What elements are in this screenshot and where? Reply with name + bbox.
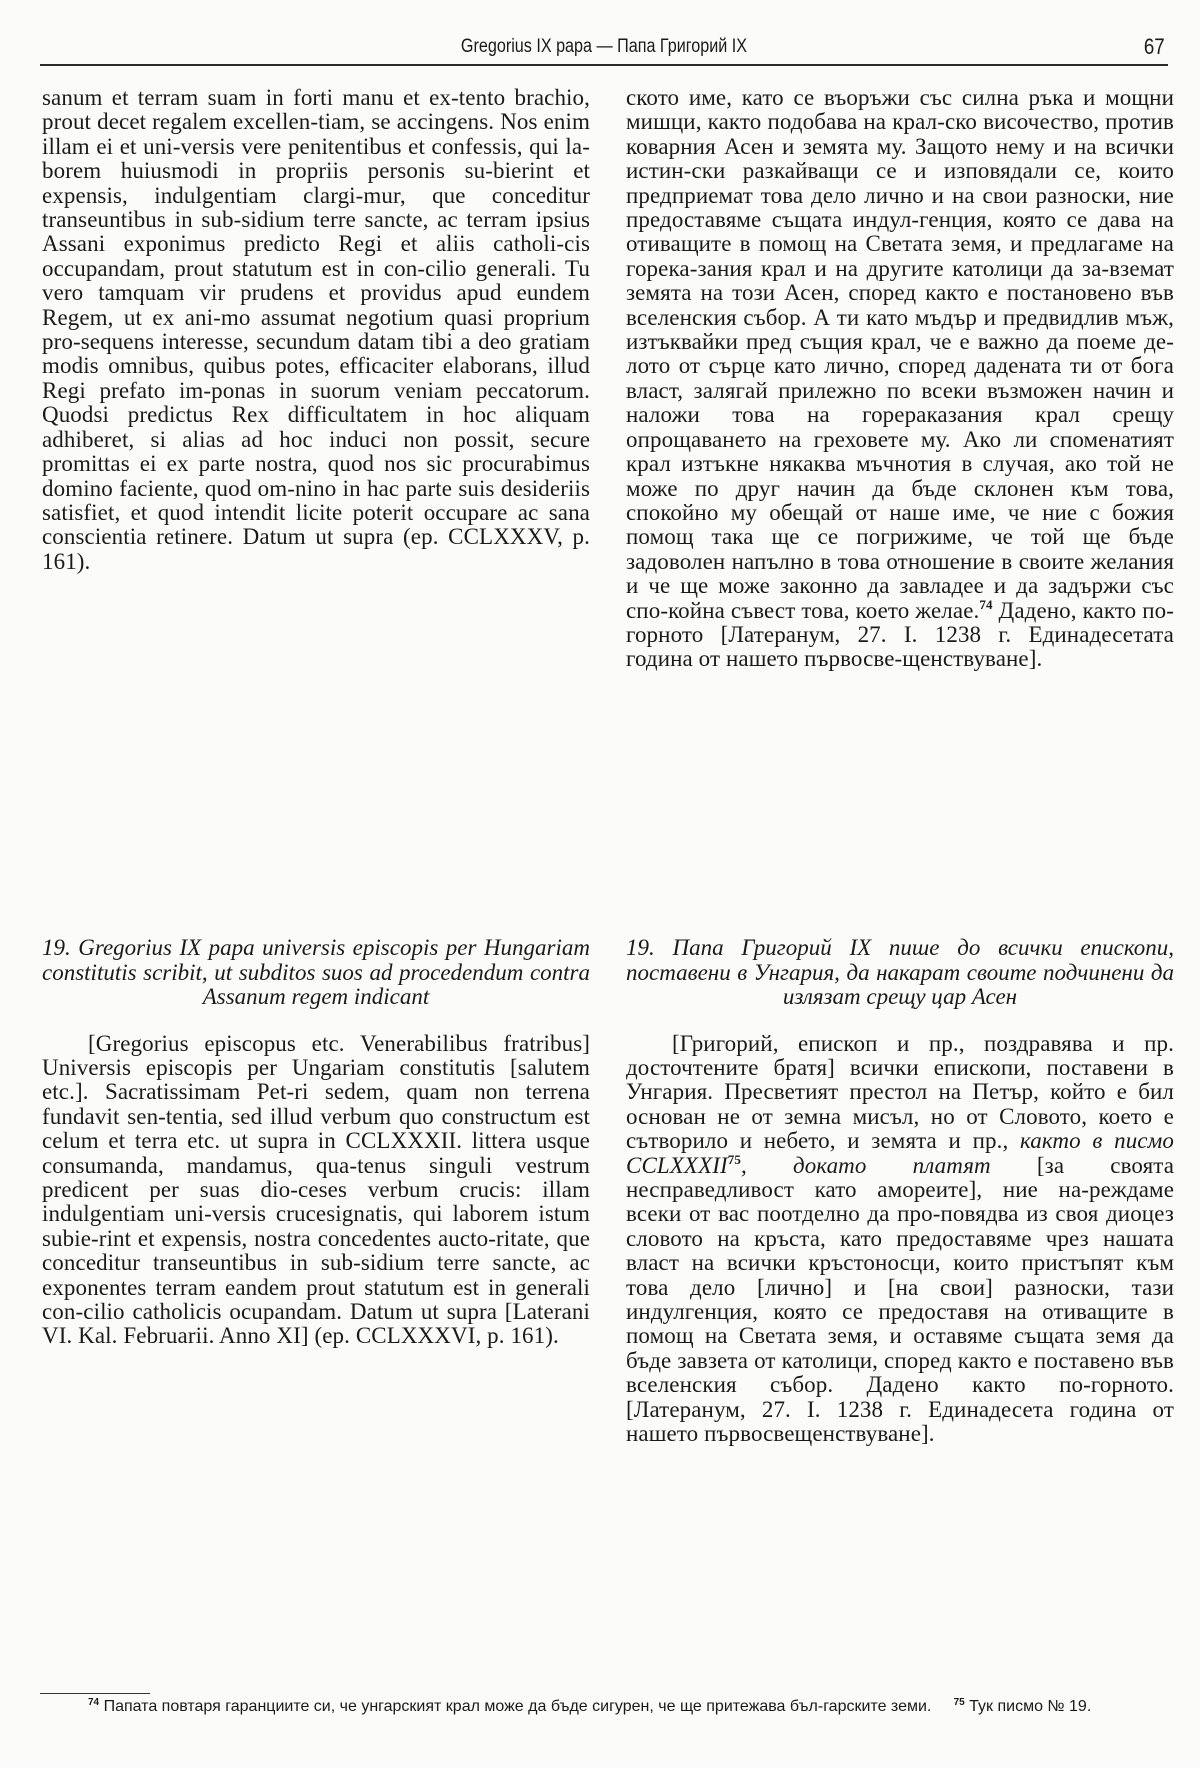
doc19-bulgarian-heading: 19. Папа Григорий IX пише до всички епис… [626,936,1174,1010]
doc19-bulgarian-italic-phrase: , докато платят [741,1153,991,1178]
latin-continuation-text: sanum et terram suam in forti manu et ex… [42,86,590,574]
footnote-number-74: 74 [88,1697,99,1708]
latin-continuation-column: sanum et terram suam in forti manu et ex… [42,86,590,574]
footnotes: 74 Папата повтаря гаранциите си, че унга… [40,1697,1168,1717]
doc19-latin-body: [Gregorius episcopus etc. Venerabilibus … [42,1032,590,1349]
footnote-number-75: 75 [954,1697,965,1708]
doc19-bulgarian-column: 19. Папа Григорий IX пише до всички епис… [626,936,1174,1446]
footnote-divider [40,1693,150,1694]
page-number: 67 [1143,34,1164,60]
doc19-bulgarian-body: [Григорий, епископ и пр., поздравява и п… [626,1032,1174,1447]
running-header: Gregorius IX papa — Папа Григорий IX 67 [40,28,1168,66]
bulgarian-continuation-body: ското име, като се въоръжи със силна рък… [626,85,1174,623]
footnote-text-74: Папата повтаря гаранциите си, че унгарск… [99,1698,931,1715]
bulgarian-continuation-column: ското име, като се въоръжи със силна рък… [626,86,1174,672]
footnote-ref-75[interactable]: 75 [728,1152,741,1167]
doc19-bulgarian-body-part2: [за своята несправедливост като амореите… [626,1153,1174,1446]
footnote-text-75: Тук писмо № 19. [965,1698,1092,1715]
footnote-block: 74 Папата повтаря гаранциите си, че унга… [40,1697,1168,1717]
doc19-latin-heading: 19. Gregorius IX papa universis episcopi… [42,936,590,1010]
running-title: Gregorius IX papa — Папа Григорий IX [125,36,1084,58]
bulgarian-continuation-text: ското име, като се въоръжи със силна рък… [626,86,1174,672]
doc19-latin-column: 19. Gregorius IX papa universis episcopi… [42,936,590,1349]
footnote-ref-74[interactable]: 74 [979,597,992,612]
